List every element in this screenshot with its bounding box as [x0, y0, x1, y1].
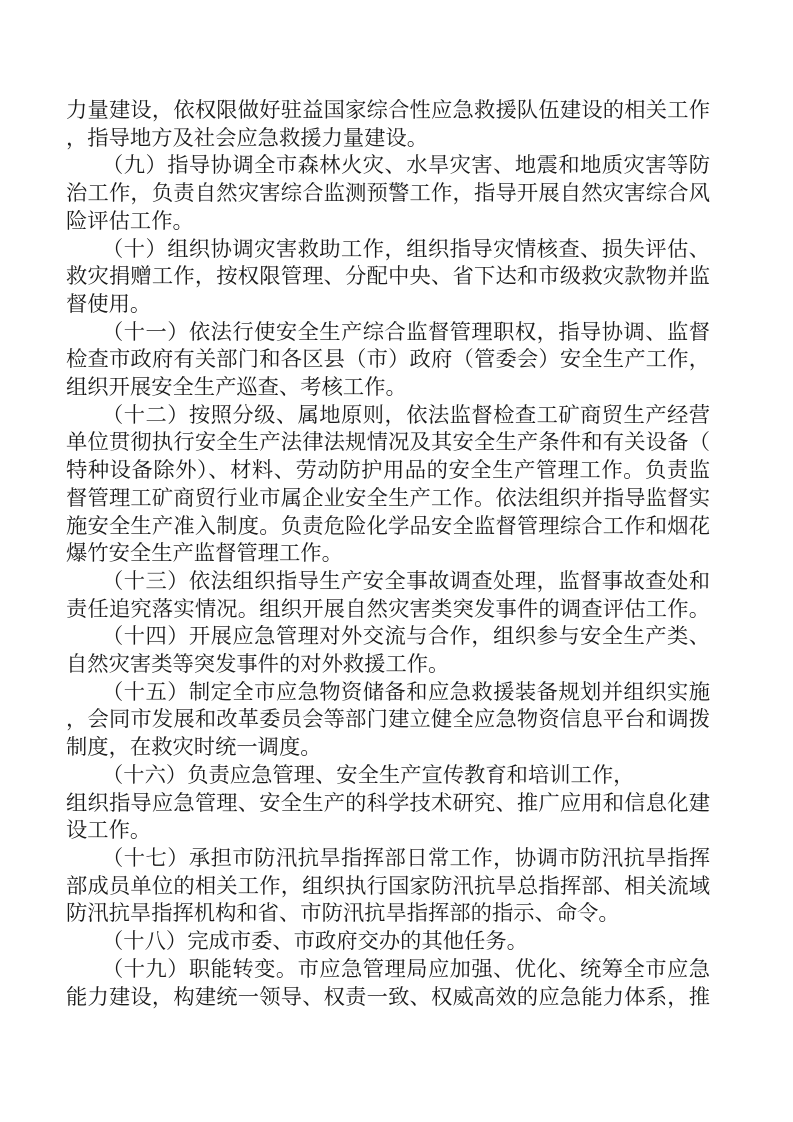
text-line: 责任追究落实情况。组织开展自然灾害类突发事件的调查评估工作。: [66, 596, 710, 624]
paragraph: （十五）制定全市应急物资储备和应急救援装备规划并组织实施，会同市发展和改革委员会…: [66, 679, 710, 762]
text-line: 施安全生产准入制度。负责危险化学品安全监督管理综合工作和烟花: [66, 513, 710, 541]
paragraph: （十七）承担市防汛抗旱指挥部日常工作，协调市防汛抗旱指挥部成员单位的相关工作，组…: [66, 845, 710, 928]
text-line: （十一）依法行使安全生产综合监督管理职权，指导协调、监督: [66, 319, 710, 347]
text-line: ，指导地方及社会应急救援力量建设。: [66, 125, 710, 153]
text-line: ，会同市发展和改革委员会等部门建立健全应急物资信息平台和调拨: [66, 706, 710, 734]
text-line: （十六）负责应急管理、安全生产宣传教育和培训工作，: [66, 762, 710, 790]
paragraph: （十三）依法组织指导生产安全事故调查处理，监督事故查处和责任追究落实情况。组织开…: [66, 568, 710, 623]
text-line: 爆竹安全生产监督管理工作。: [66, 540, 710, 568]
paragraph: （十）组织协调灾害救助工作，组织指导灾情核查、损失评估、救灾捐赠工作，按权限管理…: [66, 236, 710, 319]
text-line: （九）指导协调全市森林火灾、水旱灾害、地震和地质灾害等防: [66, 152, 710, 180]
paragraph: （十九）职能转变。市应急管理局应加强、优化、统筹全市应急能力建设，构建统一领导、…: [66, 956, 710, 1011]
text-line: 制度，在救灾时统一调度。: [66, 734, 710, 762]
text-line: 防汛抗旱指挥机构和省、市防汛抗旱指挥部的指示、命令。: [66, 900, 710, 928]
paragraph: 力量建设，依权限做好驻益国家综合性应急救援队伍建设的相关工作，指导地方及社会应急…: [66, 97, 710, 152]
document-text: 力量建设，依权限做好驻益国家综合性应急救援队伍建设的相关工作，指导地方及社会应急…: [66, 97, 710, 1011]
paragraph: （十八）完成市委、市政府交办的其他任务。: [66, 928, 710, 956]
text-line: 能力建设，构建统一领导、权责一致、权威高效的应急能力体系，推: [66, 984, 710, 1012]
text-line: （十八）完成市委、市政府交办的其他任务。: [66, 928, 710, 956]
paragraph: （九）指导协调全市森林火灾、水旱灾害、地震和地质灾害等防治工作，负责自然灾害综合…: [66, 152, 710, 235]
text-line: 险评估工作。: [66, 208, 710, 236]
text-line: （十）组织协调灾害救助工作，组织指导灾情核查、损失评估、: [66, 236, 710, 264]
text-line: 组织开展安全生产巡查、考核工作。: [66, 374, 710, 402]
text-line: 自然灾害类等突发事件的对外救援工作。: [66, 651, 710, 679]
document-page: 力量建设，依权限做好驻益国家综合性应急救援队伍建设的相关工作，指导地方及社会应急…: [0, 0, 793, 1122]
text-line: （十二）按照分级、属地原则，依法监督检查工矿商贸生产经营: [66, 402, 710, 430]
text-line: （十四）开展应急管理对外交流与合作，组织参与安全生产类、: [66, 623, 710, 651]
text-line: 督使用。: [66, 291, 710, 319]
text-line: （十三）依法组织指导生产安全事故调查处理，监督事故查处和: [66, 568, 710, 596]
paragraph: （十六）负责应急管理、安全生产宣传教育和培训工作，组织指导应急管理、安全生产的科…: [66, 762, 710, 845]
text-line: 特种设备除外）、材料、劳动防护用品的安全生产管理工作。负责监: [66, 457, 710, 485]
text-line: （十五）制定全市应急物资储备和应急救援装备规划并组织实施: [66, 679, 710, 707]
text-line: 督管理工矿商贸行业市属企业安全生产工作。依法组织并指导监督实: [66, 485, 710, 513]
text-line: 设工作。: [66, 817, 710, 845]
text-line: 组织指导应急管理、安全生产的科学技术研究、推广应用和信息化建: [66, 790, 710, 818]
text-line: （十九）职能转变。市应急管理局应加强、优化、统筹全市应急: [66, 956, 710, 984]
paragraph: （十四）开展应急管理对外交流与合作，组织参与安全生产类、自然灾害类等突发事件的对…: [66, 623, 710, 678]
text-line: 救灾捐赠工作，按权限管理、分配中央、省下达和市级救灾款物并监: [66, 263, 710, 291]
text-line: 部成员单位的相关工作，组织执行国家防汛抗旱总指挥部、相关流域: [66, 873, 710, 901]
text-line: （十七）承担市防汛抗旱指挥部日常工作，协调市防汛抗旱指挥: [66, 845, 710, 873]
text-line: 单位贯彻执行安全生产法律法规情况及其安全生产条件和有关设备（: [66, 429, 710, 457]
paragraph: （十一）依法行使安全生产综合监督管理职权，指导协调、监督检查市政府有关部门和各区…: [66, 319, 710, 402]
text-line: 检查市政府有关部门和各区县（市）政府（管委会）安全生产工作，: [66, 346, 710, 374]
text-line: 力量建设，依权限做好驻益国家综合性应急救援队伍建设的相关工作: [66, 97, 710, 125]
text-line: 治工作，负责自然灾害综合监测预警工作，指导开展自然灾害综合风: [66, 180, 710, 208]
paragraph: （十二）按照分级、属地原则，依法监督检查工矿商贸生产经营单位贯彻执行安全生产法律…: [66, 402, 710, 568]
